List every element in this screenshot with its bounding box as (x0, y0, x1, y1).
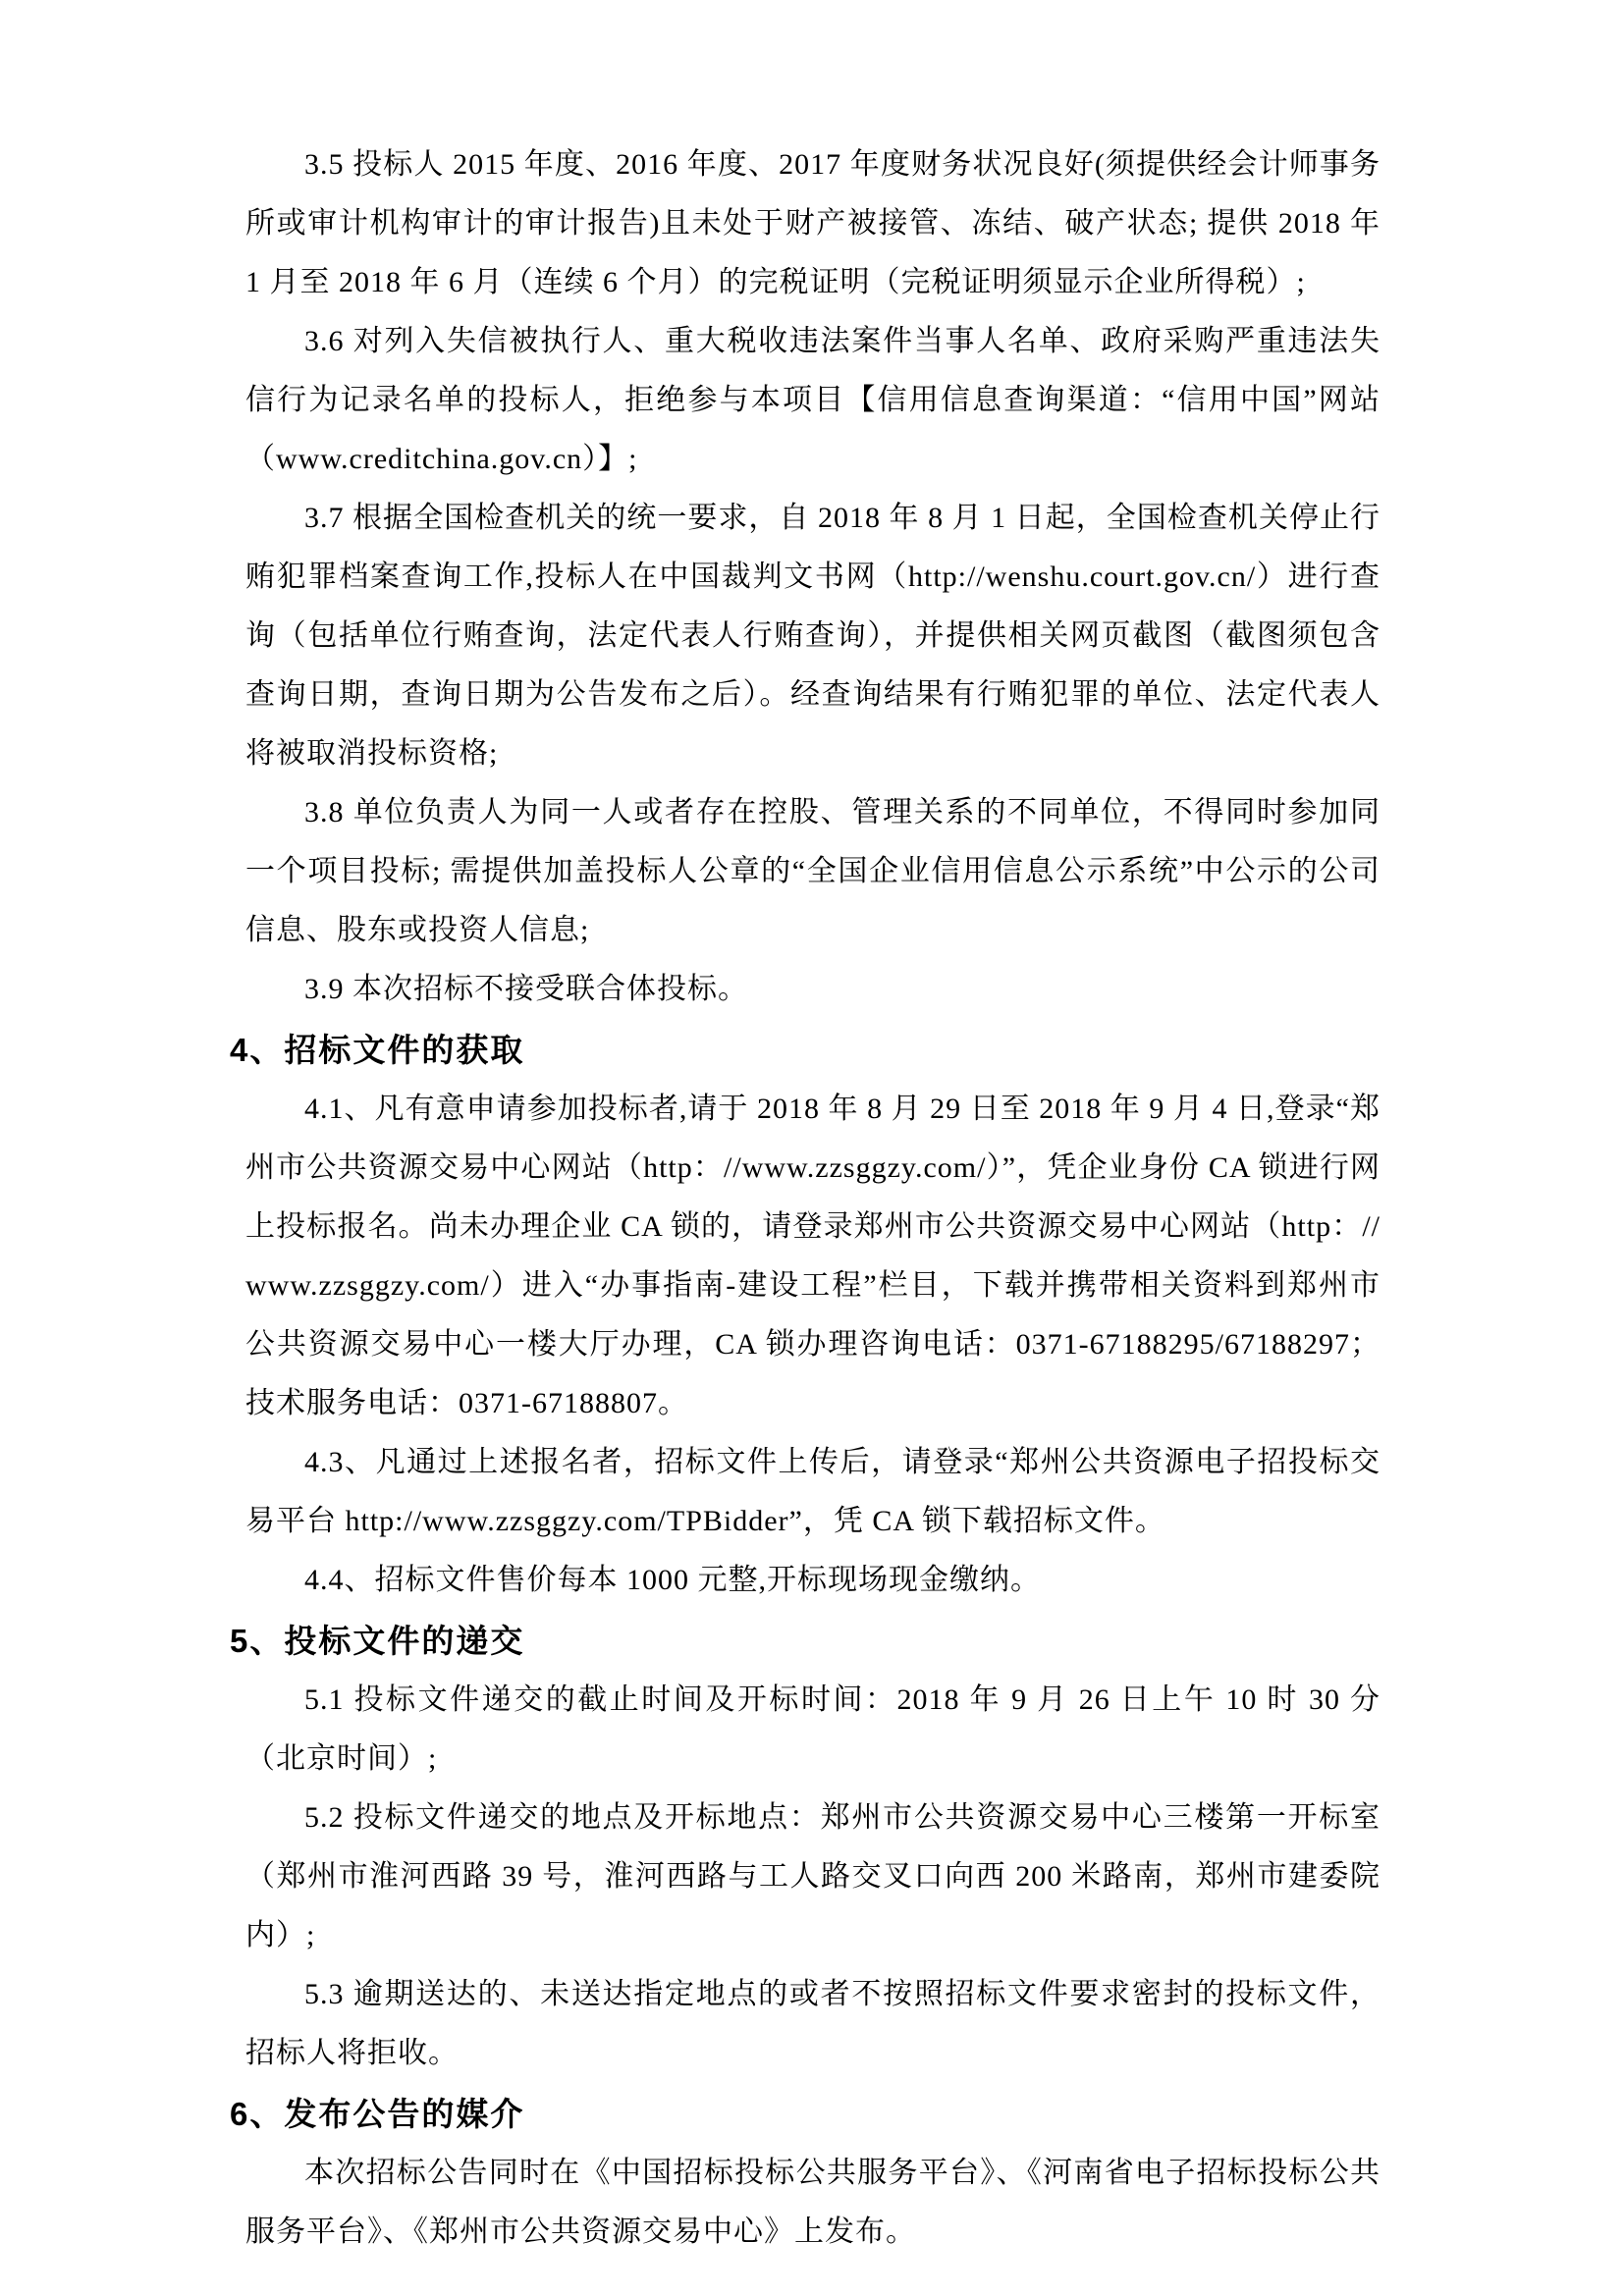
clause-5-1: 5.1 投标文件递交的截止时间及开标时间：2018 年 9 月 26 日上午 1… (245, 1671, 1380, 1789)
clause-5-3: 5.3 逾期送达的、未送达指定地点的或者不按照招标文件要求密封的投标文件，招标人… (245, 1965, 1380, 2083)
clause-4-3: 4.3、凡通过上述报名者，招标文件上传后，请登录“郑州公共资源电子招投标交易平台… (245, 1433, 1380, 1551)
clause-3-9: 3.9 本次招标不接受联合体投标。 (245, 960, 1380, 1019)
clause-4-1: 4.1、凡有意申请参加投标者,请于 2018 年 8 月 29 日至 2018 … (245, 1080, 1380, 1433)
clause-3-5: 3.5 投标人 2015 年度、2016 年度、2017 年度财务状况良好(须提… (245, 135, 1380, 312)
paragraph-publish-media: 本次招标公告同时在《中国招标投标公共服务平台》、《河南省电子招标投标公共服务平台… (245, 2144, 1380, 2262)
document-page: 3.5 投标人 2015 年度、2016 年度、2017 年度财务状况良好(须提… (0, 0, 1624, 2296)
clause-3-6: 3.6 对列入失信被执行人、重大税收违法案件当事人名单、政府采购严重违法失信行为… (245, 312, 1380, 489)
heading-section-5: 5、投标文件的递交 (230, 1614, 1380, 1669)
heading-section-4: 4、招标文件的获取 (230, 1023, 1380, 1078)
clause-4-4: 4.4、招标文件售价每本 1000 元整,开标现场现金缴纳。 (245, 1551, 1380, 1610)
clause-3-7: 3.7 根据全国检查机关的统一要求，自 2018 年 8 月 1 日起，全国检查… (245, 489, 1380, 783)
clause-5-2: 5.2 投标文件递交的地点及开标地点：郑州市公共资源交易中心三楼第一开标室（郑州… (245, 1789, 1380, 1965)
heading-section-6: 6、发布公告的媒介 (230, 2087, 1380, 2142)
clause-3-8: 3.8 单位负责人为同一人或者存在控股、管理关系的不同单位，不得同时参加同一个项… (245, 783, 1380, 960)
